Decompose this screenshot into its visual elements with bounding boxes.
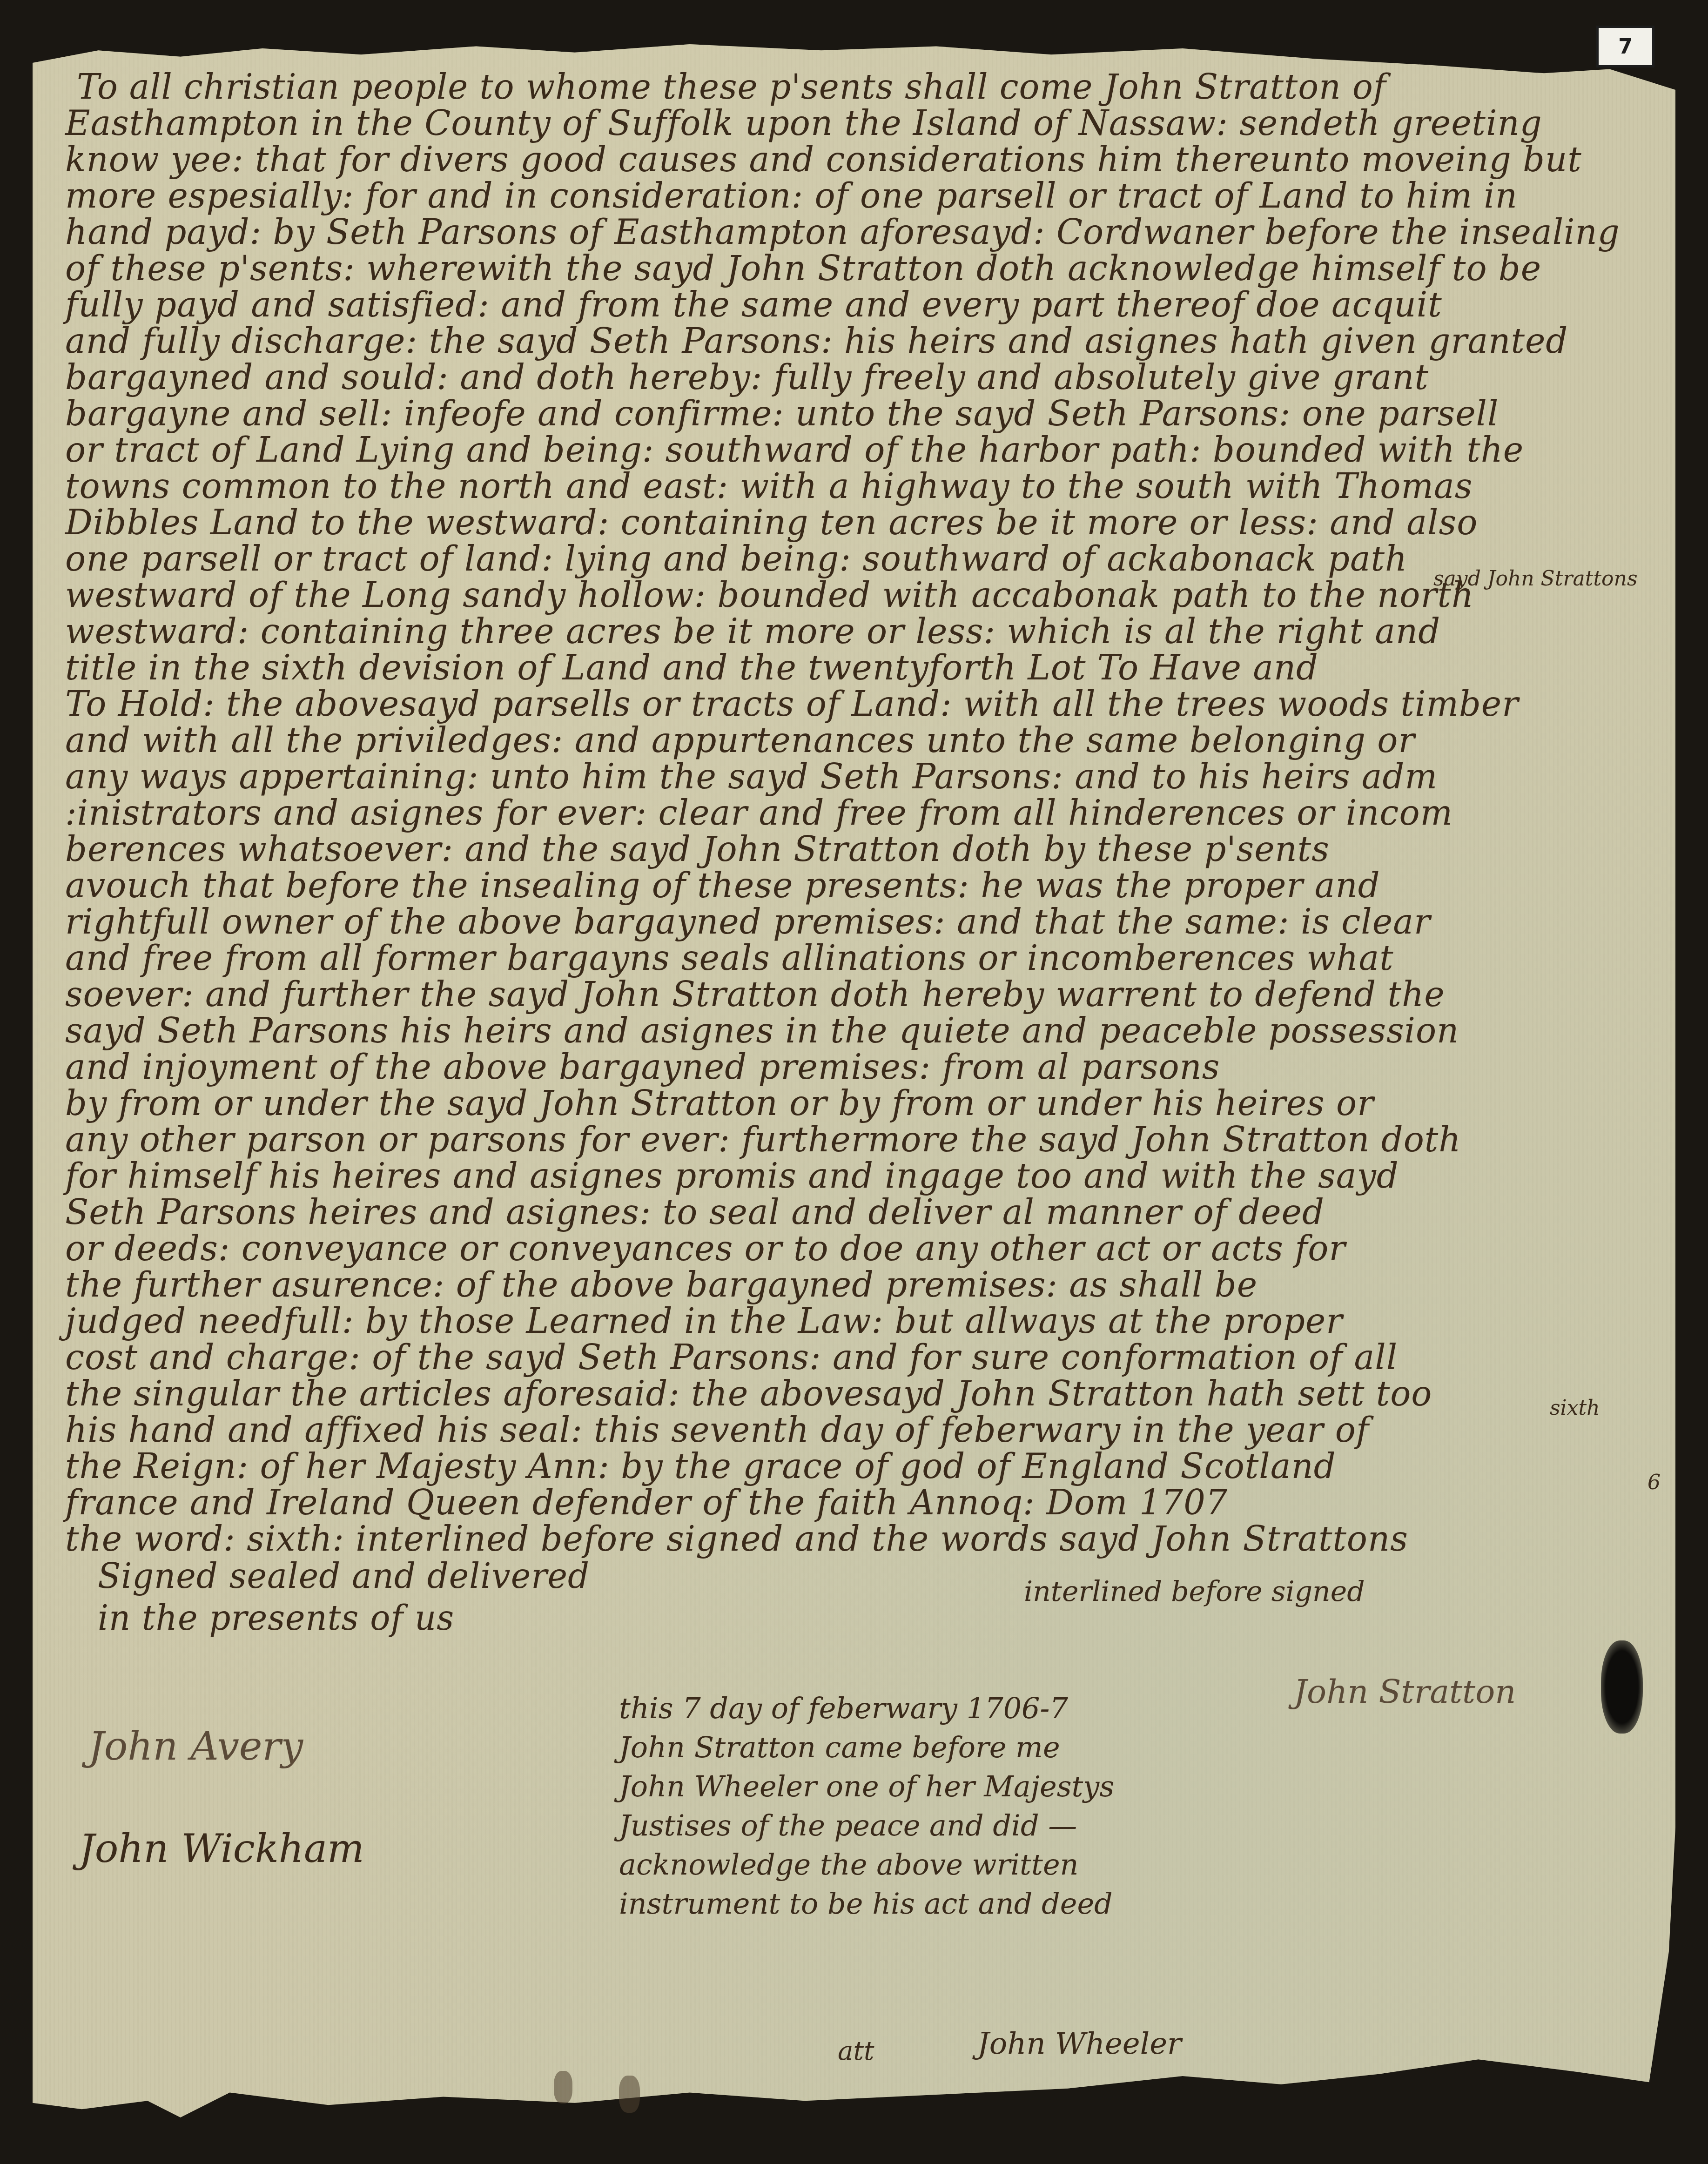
body-line: :inistrators and asignes for ever: clear…: [65, 796, 1647, 830]
ack-line: acknowledge the above written: [619, 1850, 1114, 1879]
ack-line: this 7 day of feberwary 1706-7: [619, 1694, 1114, 1723]
body-line: the singular the articles aforesaid: the…: [65, 1377, 1647, 1411]
attest-label: att: [838, 2038, 874, 2064]
body-line: hand payd: by Seth Parsons of Easthampto…: [65, 215, 1647, 249]
ack-line: John Stratton came before me: [619, 1733, 1114, 1762]
body-line: of these p'sents: wherewith the sayd Joh…: [65, 251, 1647, 286]
page-number-label: 7: [1596, 26, 1654, 67]
wax-seal: [1601, 1640, 1643, 1734]
justice-signature: John Wheeler: [977, 2029, 1182, 2059]
ack-line: instrument to be his act and deed: [619, 1889, 1114, 1918]
acknowledgement-block: this 7 day of feberwary 1706-7 John Stra…: [619, 1694, 1114, 1929]
body-line: cost and charge: of the sayd Seth Parson…: [65, 1340, 1647, 1375]
body-line: bargayned and sould: and doth hereby: fu…: [65, 360, 1647, 395]
body-line: the further asurence: of the above barga…: [65, 1268, 1647, 1302]
ink-stain: [619, 2076, 640, 2113]
body-line: and fully discharge: the sayd Seth Parso…: [65, 324, 1647, 358]
body-line: for himself his heires and asignes promi…: [65, 1159, 1647, 1193]
body-line: To all christian people to whome these p…: [77, 70, 1647, 104]
body-line: and with all the priviledges: and appurt…: [65, 723, 1647, 758]
witness-signature: John Avery: [88, 1727, 303, 1766]
interlinear-insert: sayd John Strattons: [1433, 567, 1637, 591]
body-line: or tract of Land Lying and being: southw…: [65, 433, 1647, 467]
body-line: bargayne and sell: infeofe and confirme:…: [65, 397, 1647, 431]
body-line: rightfull owner of the above bargayned p…: [65, 905, 1647, 939]
body-line: Easthampton in the County of Suffolk upo…: [65, 106, 1647, 141]
body-line: more espesially: for and in consideratio…: [65, 179, 1647, 213]
body-line: avouch that before the insealing of thes…: [65, 868, 1647, 903]
witness-signature: John Wickham: [79, 1829, 364, 1868]
body-line: or deeds: conveyance or conveyances or t…: [65, 1231, 1647, 1266]
ack-line: Justises of the peace and did —: [619, 1811, 1114, 1840]
grantor-signature: John Stratton: [1294, 1675, 1516, 1708]
body-line: Dibbles Land to the westward: containing…: [65, 505, 1647, 540]
body-line: westward of the Long sandy hollow: bound…: [65, 578, 1647, 612]
body-line: and injoyment of the above bargayned pre…: [65, 1050, 1647, 1084]
attestation-line: Signed sealed and delivered: [98, 1559, 1648, 1593]
body-line: soever: and further the sayd John Stratt…: [65, 977, 1647, 1012]
body-line: berences whatsoever: and the sayd John S…: [65, 832, 1647, 867]
attestation-line: in the presents of us: [98, 1601, 1648, 1635]
body-line: by from or under the sayd John Stratton …: [65, 1086, 1647, 1121]
ink-stain: [554, 2071, 572, 2104]
body-line: know yee: that for divers good causes an…: [65, 142, 1647, 177]
body-line: the Reign: of her Majesty Ann: by the gr…: [65, 1449, 1647, 1484]
interlinear-note: interlined before signed: [1024, 1575, 1365, 1608]
body-line: towns common to the north and east: with…: [65, 469, 1647, 504]
body-line: and free from all former bargayns seals …: [65, 941, 1647, 975]
body-line: any ways appertaining: unto him the sayd…: [65, 759, 1647, 794]
body-line: title in the sixth devision of Land and …: [65, 651, 1647, 685]
body-line: westward: containing three acres be it m…: [65, 614, 1647, 649]
page-number: 7: [1618, 35, 1633, 59]
body-line: france and Ireland Queen defender of the…: [65, 1485, 1647, 1520]
date-superscript: 6: [1647, 1471, 1661, 1494]
body-line: one parsell or tract of land: lying and …: [65, 542, 1647, 576]
body-line: sayd Seth Parsons his heirs and asignes …: [65, 1014, 1647, 1048]
body-line: the word: sixth: interlined before signe…: [65, 1522, 1647, 1556]
body-line: fully payd and satisfied: and from the s…: [65, 288, 1647, 322]
body-line: Seth Parsons heires and asignes: to seal…: [65, 1195, 1647, 1230]
body-line: judged needfull: by those Learned in the…: [65, 1304, 1647, 1338]
body-line: To Hold: the abovesayd parsells or tract…: [65, 687, 1647, 721]
body-line: his hand and affixed his seal: this seve…: [65, 1413, 1647, 1447]
interlinear-insert: sixth: [1550, 1396, 1600, 1420]
body-line: any other parson or parsons for ever: fu…: [65, 1122, 1647, 1157]
ack-line: John Wheeler one of her Majestys: [619, 1772, 1114, 1801]
